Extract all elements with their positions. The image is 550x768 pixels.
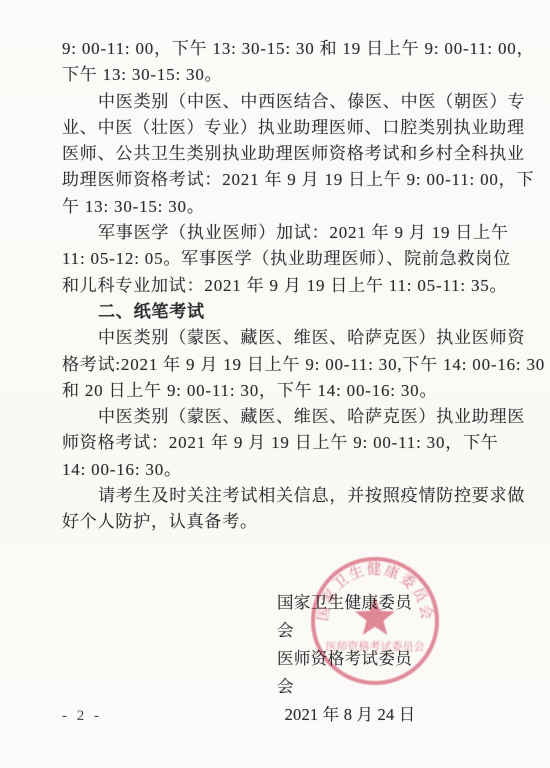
signature-org-line2: 医师资格考试委员会 [277,645,423,701]
document-line: 和 20 日上午 9: 00-11: 30，下午 14: 00-16: 30。 [62,378,546,404]
document-line: 医师、公共卫生类别执业助理医师资格考试和乡村全科执业 [62,141,546,167]
document-line: 14: 00-16: 30。 [62,457,546,483]
document-line: 中医类别（蒙医、藏医、维医、哈萨克医）执业助理医 [62,404,546,430]
document-line: 中医类别（中医、中西医结合、傣医、中医（朝医）专 [62,89,546,115]
document-line: 格考试:2021 年 9 月 19 日上午 9: 00-11: 30,下午 14… [62,352,546,378]
document-line: 9: 00-11: 00，下午 13: 30-15: 30 和 19 日上午 9… [62,36,546,62]
document-line: 好个人防护，认真备考。 [62,509,546,535]
document-body: 9: 00-11: 00，下午 13: 30-15: 30 和 19 日上午 9… [62,36,546,536]
document-line: 二、纸笔考试 [62,299,546,325]
document-line: 军事医学（执业医师）加试：2021 年 9 月 19 日上午 [62,220,546,246]
document-line: 11: 05-12: 05。军事医学（执业助理医师）、院前急救岗位 [62,246,546,272]
signature-block: 国家卫生健康委员会 医师资格考试委员会 2021 年 8 月 24 日 [277,589,423,729]
document-line: 午 13: 30-15: 30。 [62,194,546,220]
document-line: 助理医师资格考试：2021 年 9 月 19 日上午 9: 00-11: 00，… [62,167,546,193]
page-number: - 2 - [62,708,102,725]
document-page: 9: 00-11: 00，下午 13: 30-15: 30 和 19 日上午 9… [0,0,550,768]
document-line: 和儿科专业加试：2021 年 9 月 19 日上午 11: 05-11: 35。 [62,273,546,299]
signature-date: 2021 年 8 月 24 日 [277,701,423,729]
document-line: 业、中医（壮医）专业）执业助理医师、口腔类别执业助理 [62,115,546,141]
signature-org-line1: 国家卫生健康委员会 [277,589,423,645]
document-line: 下午 13: 30-15: 30。 [62,62,546,88]
document-line: 师资格考试：2021 年 9 月 19 日上午 9: 00-11: 30，下午 [62,430,546,456]
document-line: 请考生及时关注考试相关信息，并按照疫情防控要求做 [62,483,546,509]
document-line: 中医类别（蒙医、藏医、维医、哈萨克医）执业医师资 [62,325,546,351]
